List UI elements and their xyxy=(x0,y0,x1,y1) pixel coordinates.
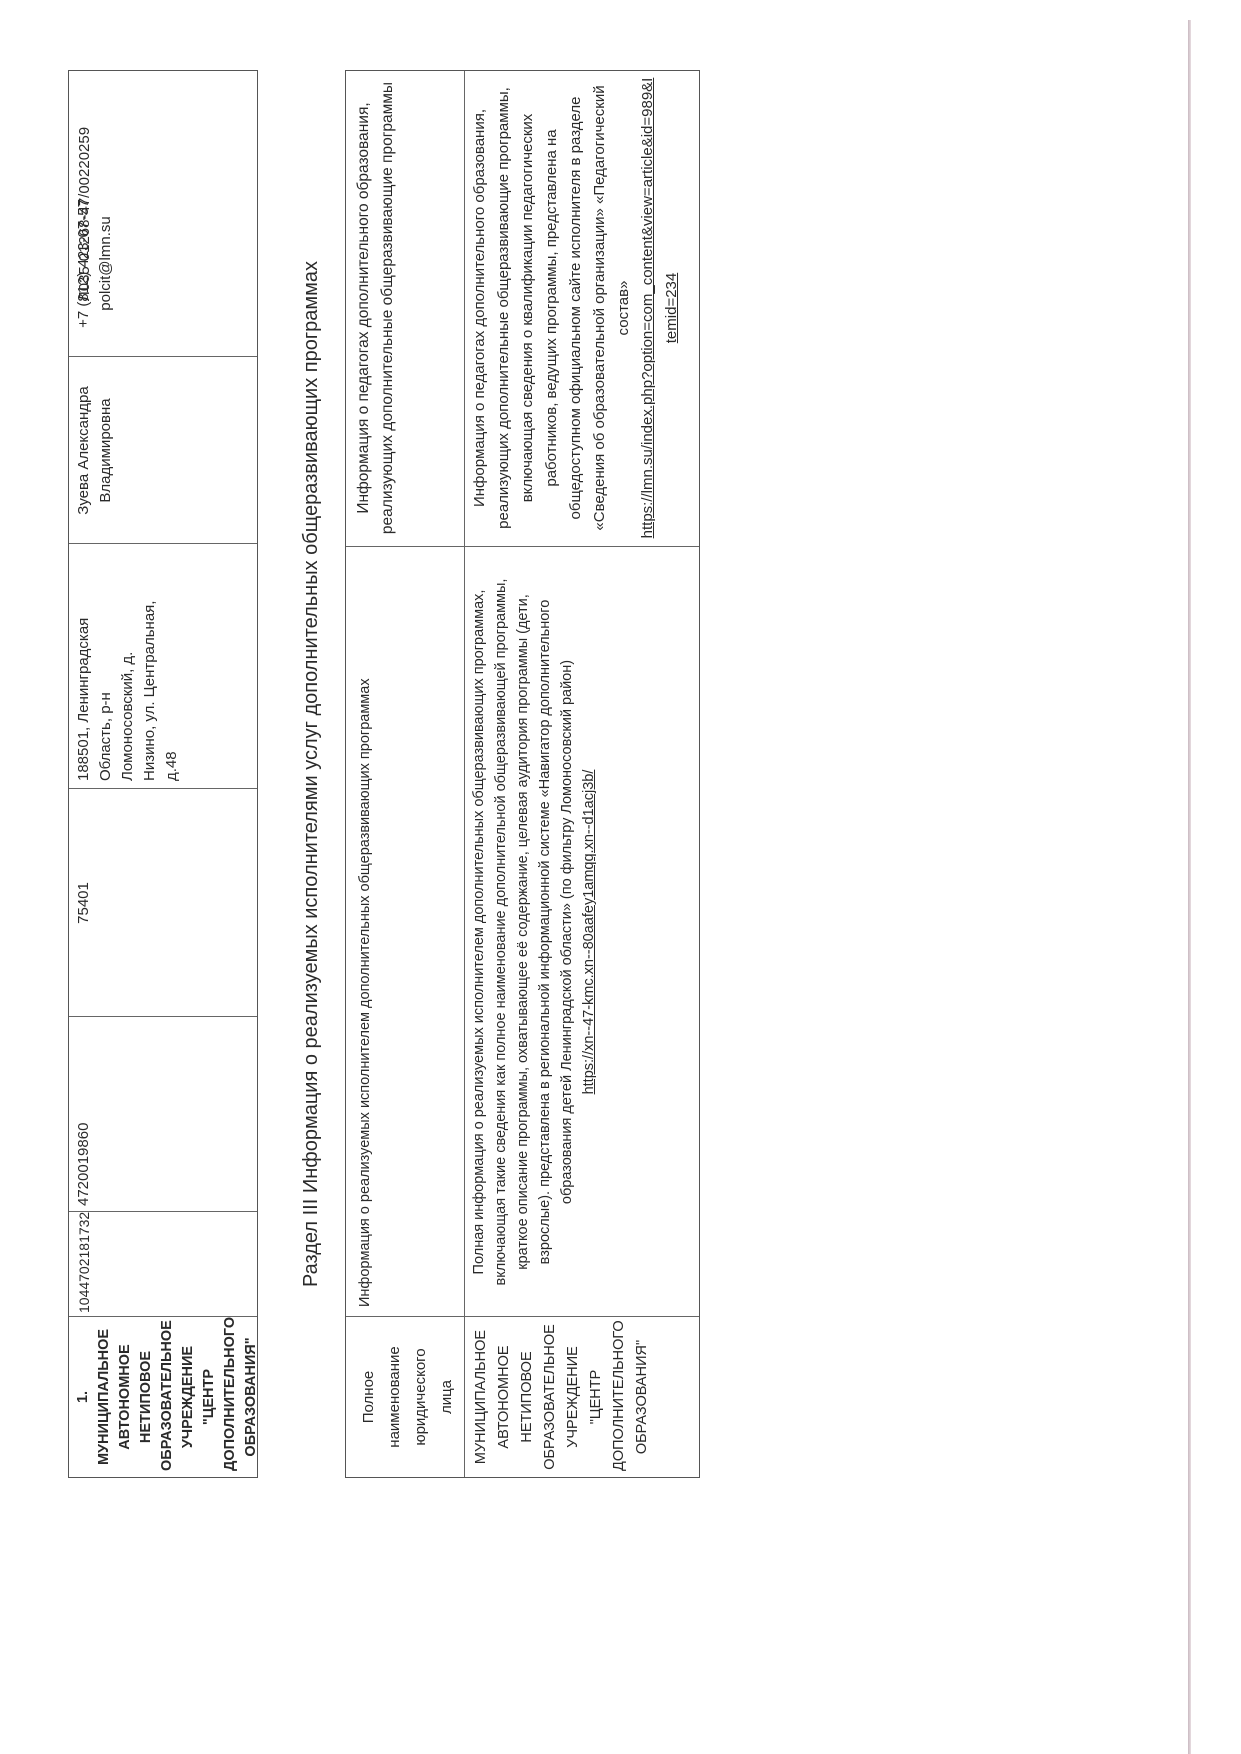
teachers-info-text: Информация о педагогах дополнительного о… xyxy=(471,85,632,530)
header-teachers-info: Информация о педагогах дополнительного о… xyxy=(346,69,464,547)
head-cell: Зуева Александра Владимировна xyxy=(69,357,259,544)
programs-info-text: Полная информация о реализуемых исполнит… xyxy=(471,579,575,1286)
header-org-name: Полное наименование юридического лица xyxy=(346,1317,464,1477)
header-programs-info: Информация о реализуемых исполнителем до… xyxy=(346,547,464,1317)
okpo-cell: 75401 xyxy=(69,789,259,1017)
row-org-name: МУНИЦИПАЛЬНОЕ АВТОНОМНОЕ НЕТИПОВОЕ ОБРАЗ… xyxy=(464,1317,701,1477)
section-heading: Раздел III Информация о реализуемых испо… xyxy=(300,70,323,1478)
programs-table: Полное наименование юридического лица Ин… xyxy=(345,70,700,1478)
license-cell: Л035-01268-47/00220259 xyxy=(70,70,256,358)
row-programs-info: Полная информация о реализуемых исполнит… xyxy=(464,547,701,1317)
inn-cell: 4720019860 xyxy=(69,1102,259,1212)
navigator-link[interactable]: https://xn--47-kmc.xn--80aafey1amqq.xn--… xyxy=(581,770,597,1095)
ogrn-cell: 1044702181732 xyxy=(69,1212,259,1317)
teachers-page-link[interactable]: https://lmn.su/index.php?option=com_cont… xyxy=(639,78,680,539)
org-name-cell: 1. МУНИЦИПАЛЬНОЕ АВТОНОМНОЕ НЕТИПОВОЕ ОБ… xyxy=(69,1317,259,1477)
row-teachers-info: Информация о педагогах дополнительного о… xyxy=(464,69,701,547)
address-cell: 188501, Ленинградская Область, р-н Ломон… xyxy=(69,589,259,789)
rotated-page: 1. МУНИЦИПАЛЬНОЕ АВТОНОМНОЕ НЕТИПОВОЕ ОБ… xyxy=(0,0,1241,1754)
